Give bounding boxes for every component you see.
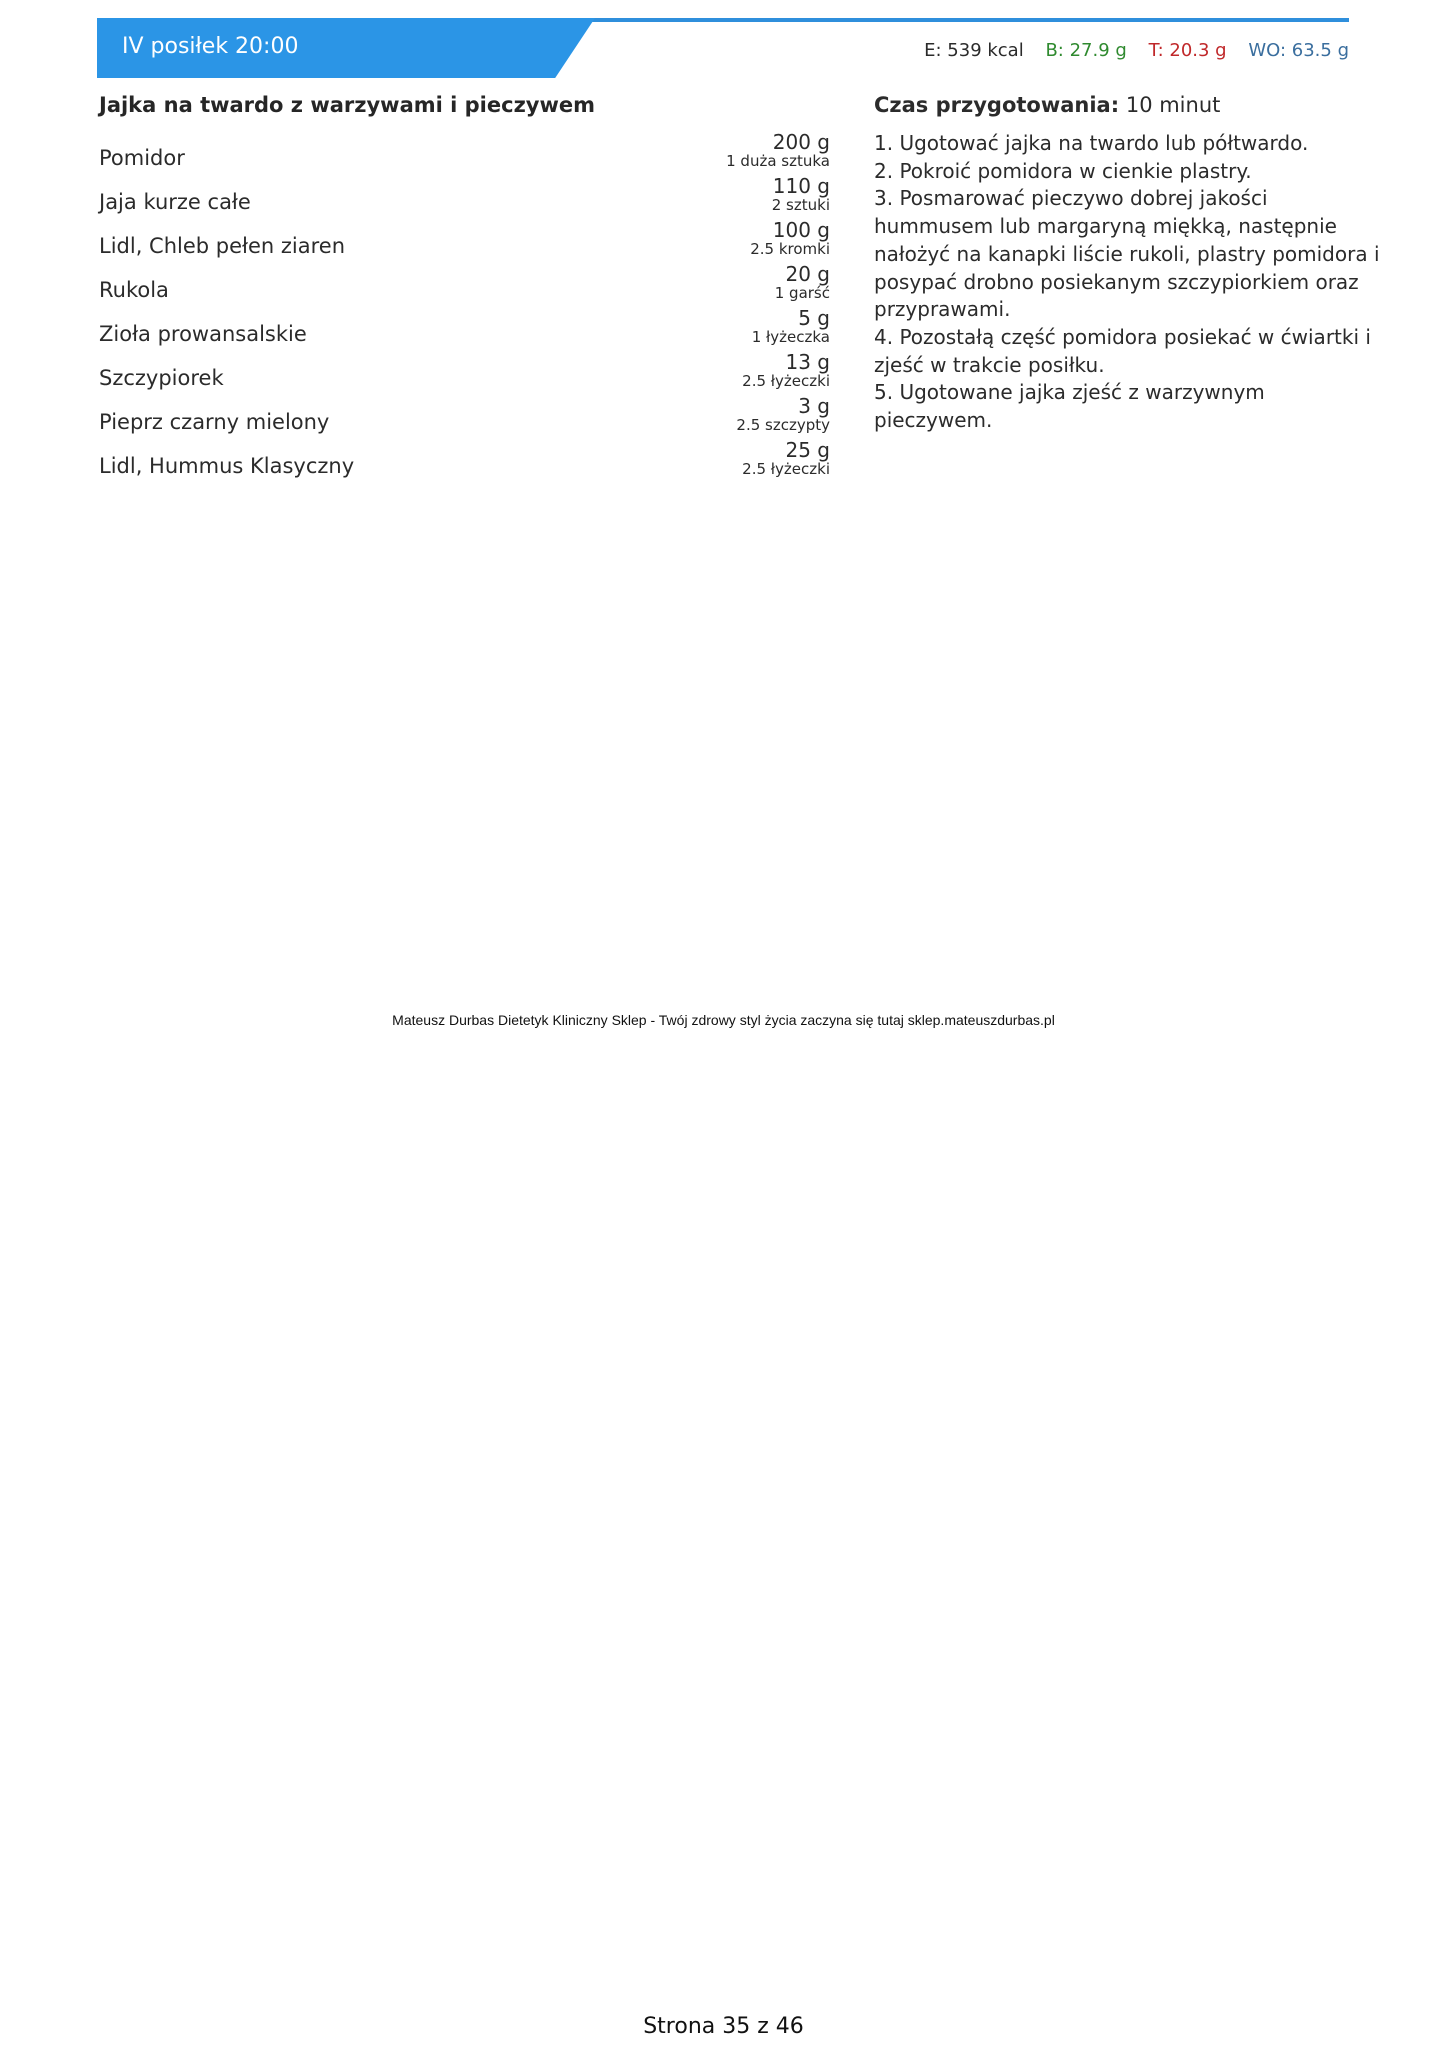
- ingredient-row: Zioła prowansalskie5 g1 łyżeczka: [99, 316, 830, 360]
- meal-title: IV posiłek 20:00: [122, 34, 298, 59]
- ingredient-unit: 1 duża sztuka: [726, 152, 830, 170]
- ingredient-amount: 200 g: [773, 132, 830, 152]
- ingredient-amount: 20 g: [785, 264, 830, 284]
- ingredient-amount: 100 g: [773, 220, 830, 240]
- recipe-step: 5. Ugotowane jajka zjeść z warzywnym pie…: [874, 379, 1384, 434]
- ingredient-unit: 2.5 łyżeczki: [742, 372, 830, 390]
- ingredient-name: Pieprz czarny mielony: [99, 410, 329, 434]
- page-number: Strona 35 z 46: [0, 2014, 1447, 2039]
- recipe-step: 1. Ugotować jajka na twardo lub półtward…: [874, 130, 1384, 158]
- recipe-step: 3. Posmarować pieczywo dobrej jakości hu…: [874, 185, 1384, 324]
- recipe-step: 2. Pokroić pomidora w cienkie plastry.: [874, 158, 1384, 186]
- recipe-step: 4. Pozostałą część pomidora posiekać w ć…: [874, 324, 1384, 379]
- ingredient-amount: 110 g: [773, 176, 830, 196]
- ingredient-row: Rukola20 g1 garść: [99, 272, 830, 316]
- ingredient-unit: 2.5 szczypty: [736, 416, 830, 434]
- ingredient-name: Lidl, Chleb pełen ziaren: [99, 234, 345, 258]
- recipe-title: Jajka na twardo z warzywami i pieczywem: [99, 93, 595, 117]
- ingredient-row: Szczypiorek13 g2.5 łyżeczki: [99, 360, 830, 404]
- prep-label: Czas przygotowania:: [874, 93, 1119, 117]
- ingredient-amount: 3 g: [798, 396, 830, 416]
- ingredient-row: Pomidor200 g1 duża sztuka: [99, 140, 830, 184]
- ingredient-amount: 13 g: [785, 352, 830, 372]
- ingredient-amount: 25 g: [785, 440, 830, 460]
- ingredient-unit: 1 łyżeczka: [752, 328, 830, 346]
- ingredient-row: Lidl, Hummus Klasyczny25 g2.5 łyżeczki: [99, 448, 830, 492]
- ingredient-unit: 2.5 kromki: [750, 240, 830, 258]
- ingredient-row: Lidl, Chleb pełen ziaren100 g2.5 kromki: [99, 228, 830, 272]
- ingredient-row: Jaja kurze całe110 g2 sztuki: [99, 184, 830, 228]
- ingredient-row: Pieprz czarny mielony3 g2.5 szczypty: [99, 404, 830, 448]
- ingredient-name: Jaja kurze całe: [99, 190, 251, 214]
- ingredient-unit: 1 garść: [775, 284, 830, 302]
- recipe-steps: 1. Ugotować jajka na twardo lub półtward…: [874, 130, 1384, 435]
- ingredient-unit: 2.5 łyżeczki: [742, 460, 830, 478]
- protein-value: B: 27.9 g: [1045, 40, 1126, 61]
- footer-text: Mateusz Durbas Dietetyk Kliniczny Sklep …: [0, 1012, 1447, 1028]
- fat-value: T: 20.3 g: [1149, 40, 1227, 61]
- ingredient-amount: 5 g: [798, 308, 830, 328]
- prep-time: Czas przygotowania: 10 minut: [874, 93, 1220, 117]
- ingredient-name: Rukola: [99, 278, 169, 302]
- ingredient-name: Szczypiorek: [99, 366, 224, 390]
- ingredient-name: Lidl, Hummus Klasyczny: [99, 454, 354, 478]
- ingredient-unit: 2 sztuki: [772, 196, 830, 214]
- macros-summary: E: 539 kcal B: 27.9 g T: 20.3 g WO: 63.5…: [908, 40, 1349, 61]
- prep-value: 10 minut: [1126, 93, 1221, 117]
- carbs-value: WO: 63.5 g: [1248, 40, 1349, 61]
- energy-value: E: 539 kcal: [924, 40, 1024, 61]
- ingredient-name: Pomidor: [99, 146, 185, 170]
- ingredient-name: Zioła prowansalskie: [99, 322, 307, 346]
